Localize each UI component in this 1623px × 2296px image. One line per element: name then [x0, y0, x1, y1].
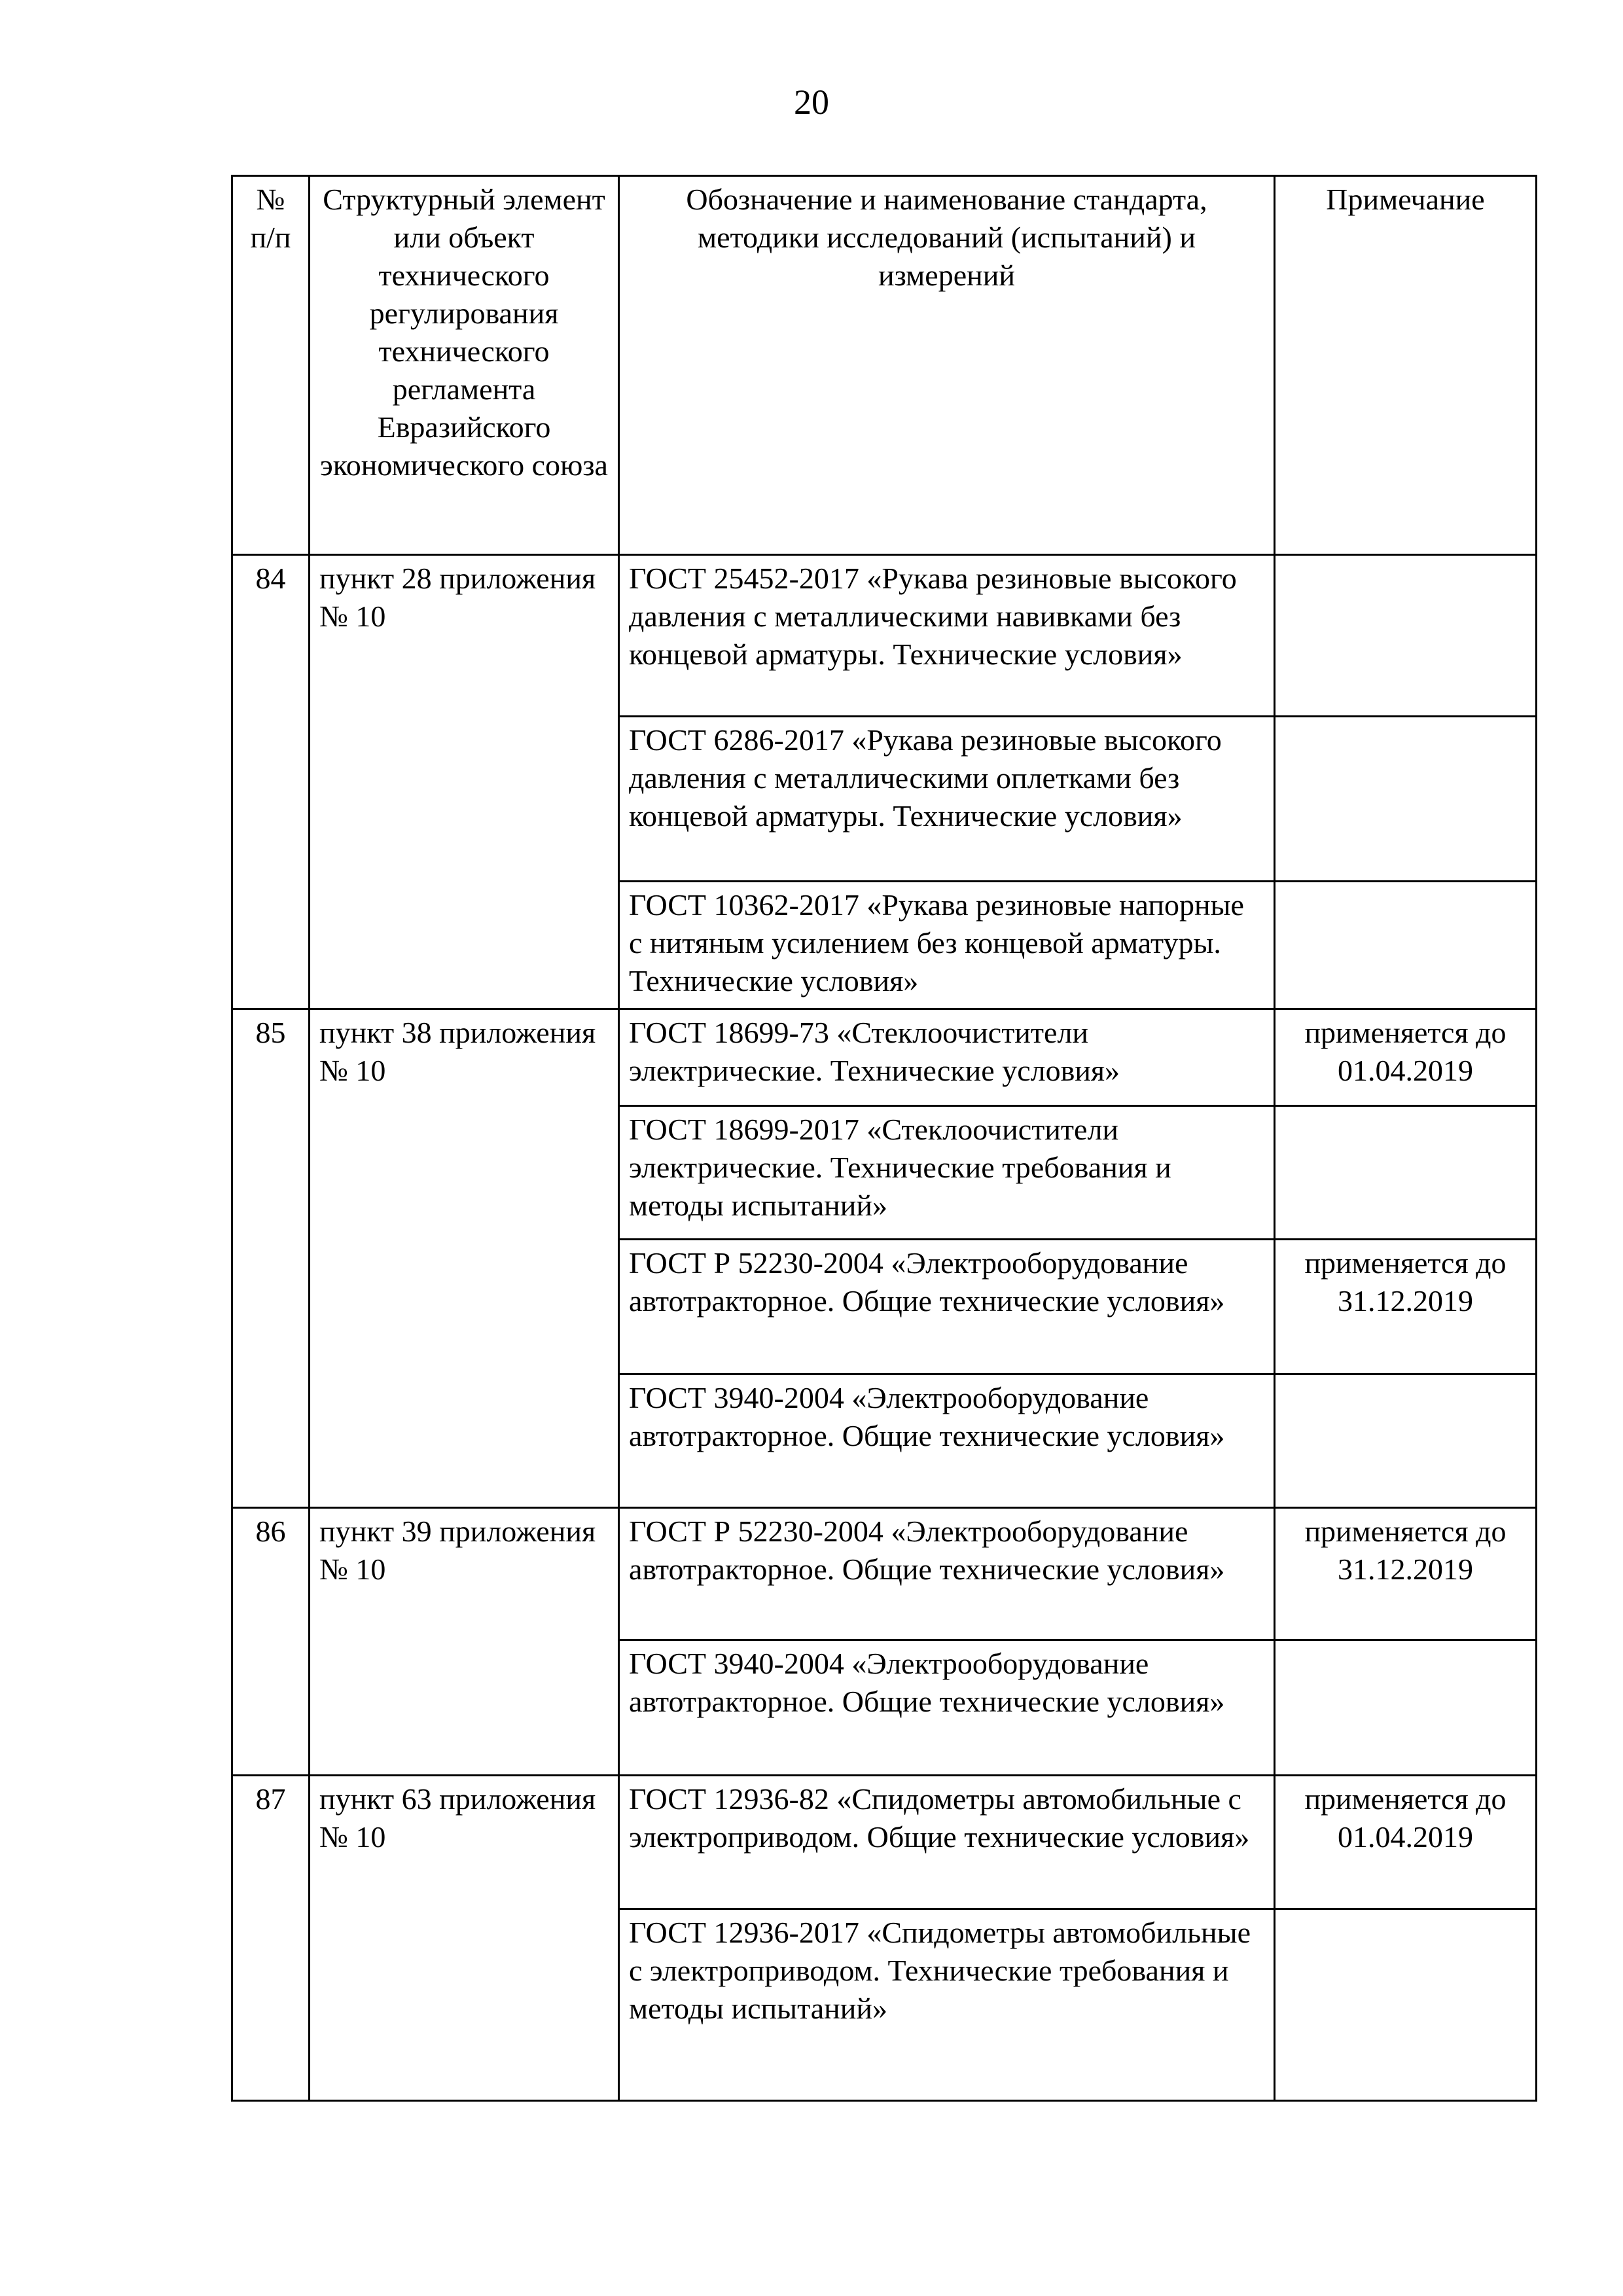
note-cell: [1275, 1374, 1537, 1508]
standard-cell: ГОСТ 18699-2017 «Стеклоочистители электр…: [619, 1106, 1275, 1240]
standard-cell: ГОСТ Р 52230-2004 «Электрооборудование а…: [619, 1508, 1275, 1640]
standard-cell: ГОСТ Р 52230-2004 «Электрооборудование а…: [619, 1240, 1275, 1374]
row-number: 84: [232, 555, 310, 1009]
table-header-row: № п/п Структурный элемент или объект тех…: [232, 176, 1537, 555]
structural-element: пункт 63 приложения № 10: [310, 1776, 619, 2101]
note-cell: [1275, 717, 1537, 882]
table-row: 84пункт 28 приложения № 10ГОСТ 25452-201…: [232, 555, 1537, 717]
note-cell: [1275, 555, 1537, 717]
note-cell: применяется до 31.12.2019: [1275, 1240, 1537, 1374]
header-element: Структурный элемент или объект техническ…: [310, 176, 619, 555]
standards-table: № п/п Структурный элемент или объект тех…: [231, 175, 1537, 2102]
standard-cell: ГОСТ 18699-73 «Стеклоочистители электрич…: [619, 1009, 1275, 1106]
structural-element: пункт 38 приложения № 10: [310, 1009, 619, 1508]
standard-cell: ГОСТ 10362-2017 «Рукава резиновые напорн…: [619, 882, 1275, 1009]
page-number: 20: [0, 82, 1623, 122]
row-number: 86: [232, 1508, 310, 1776]
standard-cell: ГОСТ 3940-2004 «Электрооборудование авто…: [619, 1640, 1275, 1776]
standard-cell: ГОСТ 12936-2017 «Спидометры автомобильны…: [619, 1909, 1275, 2101]
note-cell: [1275, 882, 1537, 1009]
note-cell: [1275, 1106, 1537, 1240]
note-cell: применяется до 01.04.2019: [1275, 1776, 1537, 1909]
row-number: 85: [232, 1009, 310, 1508]
header-standard: Обозначение и наименование стандарта, ме…: [619, 176, 1275, 555]
note-cell: [1275, 1909, 1537, 2101]
table-row: 85пункт 38 приложения № 10ГОСТ 18699-73 …: [232, 1009, 1537, 1106]
standard-cell: ГОСТ 25452-2017 «Рукава резиновые высоко…: [619, 555, 1275, 717]
structural-element: пункт 28 приложения № 10: [310, 555, 619, 1009]
standard-cell: ГОСТ 6286-2017 «Рукава резиновые высоког…: [619, 717, 1275, 882]
standard-cell: ГОСТ 3940-2004 «Электрооборудование авто…: [619, 1374, 1275, 1508]
table-row: 86пункт 39 приложения № 10ГОСТ Р 52230-2…: [232, 1508, 1537, 1640]
note-cell: применяется до 31.12.2019: [1275, 1508, 1537, 1640]
standard-cell: ГОСТ 12936-82 «Спидометры автомобильные …: [619, 1776, 1275, 1909]
header-number: № п/п: [232, 176, 310, 555]
note-cell: применяется до 01.04.2019: [1275, 1009, 1537, 1106]
note-cell: [1275, 1640, 1537, 1776]
structural-element: пункт 39 приложения № 10: [310, 1508, 619, 1776]
table-row: 87пункт 63 приложения № 10ГОСТ 12936-82 …: [232, 1776, 1537, 1909]
header-note: Примечание: [1275, 176, 1537, 555]
row-number: 87: [232, 1776, 310, 2101]
